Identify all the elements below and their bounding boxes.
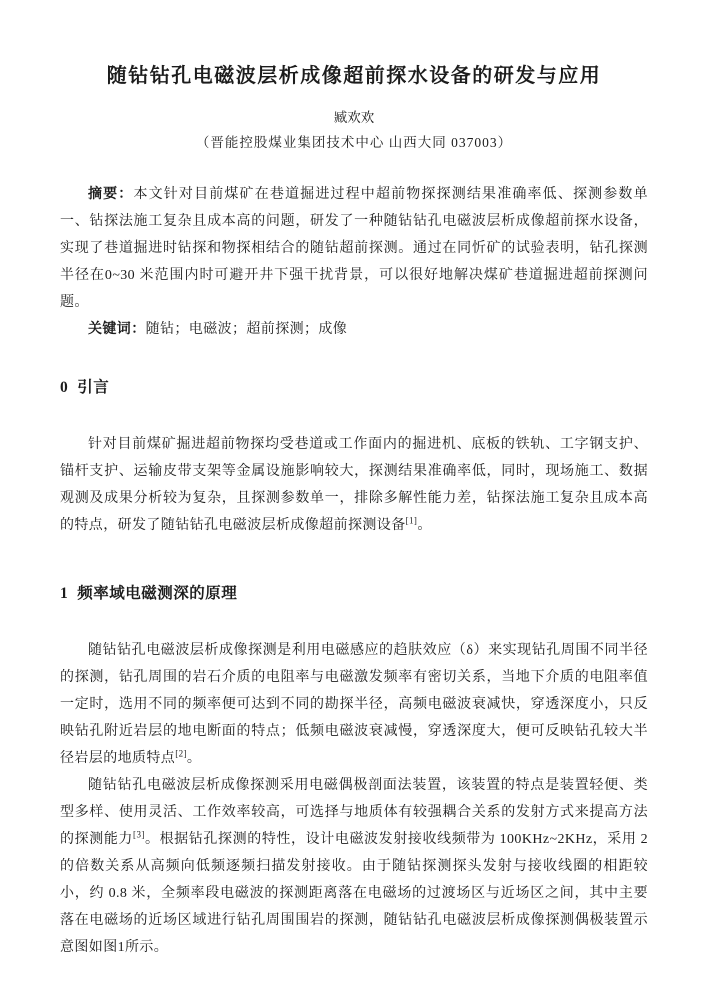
keywords-paragraph: 关键词：随钻；电磁波；超前探测；成像 xyxy=(60,316,648,343)
abstract-paragraph: 摘要：本文针对目前煤矿在巷道掘进过程中超前物探探测结果准确率低、探测参数单一、钻… xyxy=(60,181,648,316)
section-0-heading: 0引言 xyxy=(60,377,648,399)
section-1-paragraph-1-tail: 。 xyxy=(187,751,201,766)
section-0-paragraph-tail: 。 xyxy=(417,518,431,533)
keywords-text: 随钻；电磁波；超前探测；成像 xyxy=(146,322,348,337)
section-1-title: 频率域电磁测深的原理 xyxy=(77,585,237,602)
section-0-number: 0 xyxy=(60,379,68,396)
section-1-number: 1 xyxy=(60,585,68,602)
keywords-label: 关键词： xyxy=(88,322,146,337)
section-1-paragraph-1: 随钻钻孔电磁波层析成像探测是利用电磁感应的趋肤效应（δ）来实现钻孔周围不同半径的… xyxy=(60,637,648,772)
document-page: 随钻钻孔电磁波层析成像超前探水设备的研发与应用 臧欢欢 （晋能控股煤业集团技术中… xyxy=(0,0,707,1000)
paper-title: 随钻钻孔电磁波层析成像超前探水设备的研发与应用 xyxy=(60,62,648,90)
citation-ref-2: [2] xyxy=(175,748,187,758)
section-0-paragraph: 针对目前煤矿掘进超前物探均受巷道或工作面内的掘进机、底板的铁轨、工字钢支护、锚杆… xyxy=(60,431,648,539)
section-0-paragraph-text: 针对目前煤矿掘进超前物探均受巷道或工作面内的掘进机、底板的铁轨、工字钢支护、锚杆… xyxy=(60,437,648,533)
abstract-text: 本文针对目前煤矿在巷道掘进过程中超前物探探测结果准确率低、探测参数单一、钻探法施… xyxy=(60,187,648,310)
section-1-paragraph-2: 随钻钻孔电磁波层析成像探测采用电磁偶极剖面法装置，该装置的特点是装置轻便、类型多… xyxy=(60,772,648,961)
section-1-paragraph-2-tail: 。根据钻孔探测的特性，设计电磁波发射接收线频带为 100KHz~2KHz，采用 … xyxy=(60,832,648,955)
section-1-paragraph-1-text: 随钻钻孔电磁波层析成像探测是利用电磁感应的趋肤效应（δ）来实现钻孔周围不同半径的… xyxy=(60,643,648,766)
author: 臧欢欢 xyxy=(60,108,648,128)
abstract-label: 摘要： xyxy=(88,187,133,202)
section-1-heading: 1频率域电磁测深的原理 xyxy=(60,583,648,605)
section-0-title: 引言 xyxy=(77,379,109,396)
affiliation: （晋能控股煤业集团技术中心 山西大同 037003） xyxy=(60,133,648,153)
citation-ref-1: [1] xyxy=(406,515,418,525)
citation-ref-3: [3] xyxy=(133,829,145,839)
